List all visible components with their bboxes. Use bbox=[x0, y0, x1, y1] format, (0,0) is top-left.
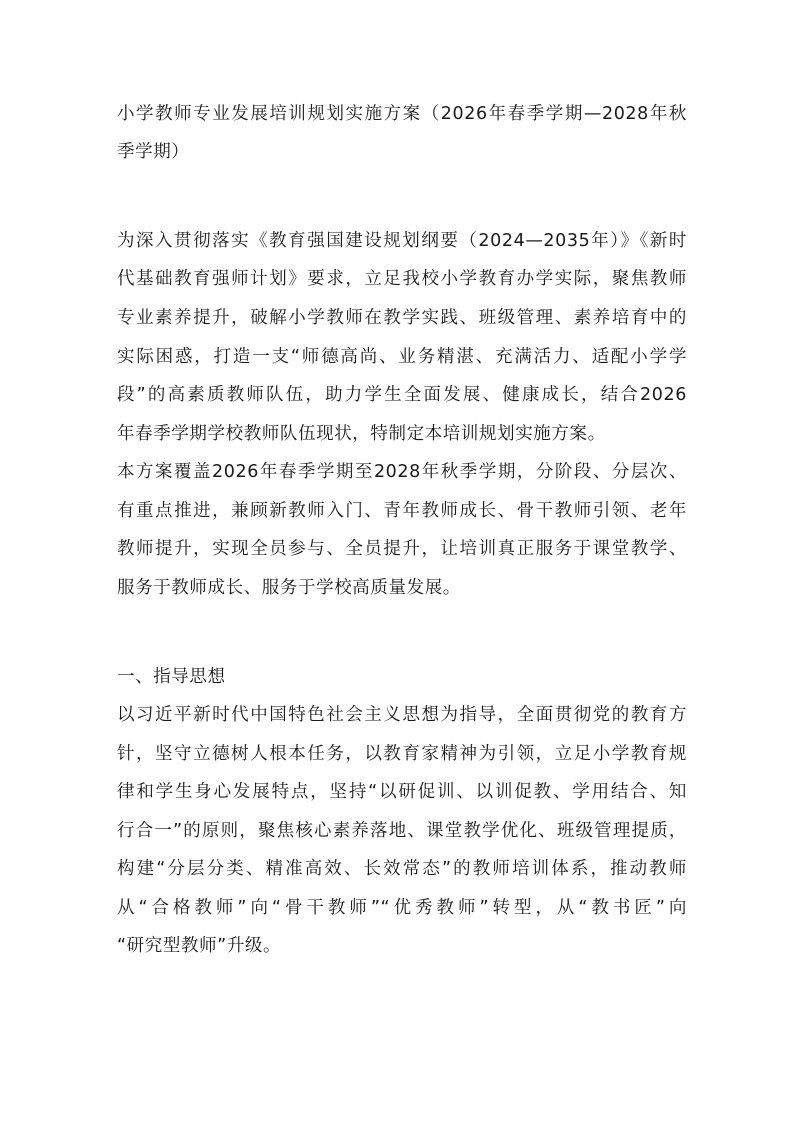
document-title-line-1: 小学教师专业发展培训规划实施方案（2026年春季学期—2028年秋 bbox=[117, 103, 687, 125]
section-1-body-line-4: 行合一”的原则，聚焦核心素养落地、课堂教学优化、班级管理提质， bbox=[117, 820, 687, 842]
intro-paragraph-2-line-3: 教师提升，实现全员参与、全员提升，让培训真正服务于课堂教学、 bbox=[117, 538, 687, 560]
intro-paragraph-1-line-5: 段”的高素质教师队伍，助力学生全面发展、健康成长，结合2026 bbox=[117, 384, 687, 406]
intro-paragraph-1-line-4: 实际困惑，打造一支“师德高尚、业务精湛、充满活力、适配小学学 bbox=[117, 346, 687, 368]
section-1-body-line-7: “研究型教师”升级。 bbox=[117, 935, 687, 957]
intro-paragraph-1-line-1: 为深入贯彻落实《教育强国建设规划纲要（2024—2035年）》《新时 bbox=[117, 230, 687, 252]
document-title-line-2: 季学期） bbox=[117, 141, 687, 163]
section-1-body-line-2: 针，坚守立德树人根本任务，以教育家精神为引领，立足小学教育规 bbox=[117, 743, 687, 765]
section-1-body-line-6: 从“合格教师”向“骨干教师”“优秀教师”转型，从“教书匠”向 bbox=[117, 897, 687, 919]
intro-paragraph-1-line-2: 代基础教育强师计划》要求，立足我校小学教育办学实际，聚焦教师 bbox=[117, 268, 687, 290]
intro-paragraph-1-line-6: 年春季学期学校教师队伍现状，特制定本培训规划实施方案。 bbox=[117, 423, 687, 445]
section-1-heading: 一、指导思想 bbox=[117, 666, 687, 688]
section-1-body-line-5: 构建“分层分类、精准高效、长效常态”的教师培训体系，推动教师 bbox=[117, 858, 687, 880]
intro-paragraph-2-line-4: 服务于教师成长、服务于学校高质量发展。 bbox=[117, 577, 687, 599]
intro-paragraph-2-line-1: 本方案覆盖2026年春季学期至2028年秋季学期，分阶段、分层次、 bbox=[117, 461, 687, 483]
intro-paragraph-2-line-2: 有重点推进，兼顾新教师入门、青年教师成长、骨干教师引领、老年 bbox=[117, 500, 687, 522]
intro-paragraph-1-line-3: 专业素养提升，破解小学教师在教学实践、班级管理、素养培育中的 bbox=[117, 307, 687, 329]
section-1-body-line-3: 律和学生身心发展特点，坚持“以研促训、以训促教、学用结合、知 bbox=[117, 781, 687, 803]
document-page: 小学教师专业发展培训规划实施方案（2026年春季学期—2028年秋 季学期） 为… bbox=[0, 0, 793, 1122]
section-1-body-line-1: 以习近平新时代中国特色社会主义思想为指导，全面贯彻党的教育方 bbox=[117, 704, 687, 726]
